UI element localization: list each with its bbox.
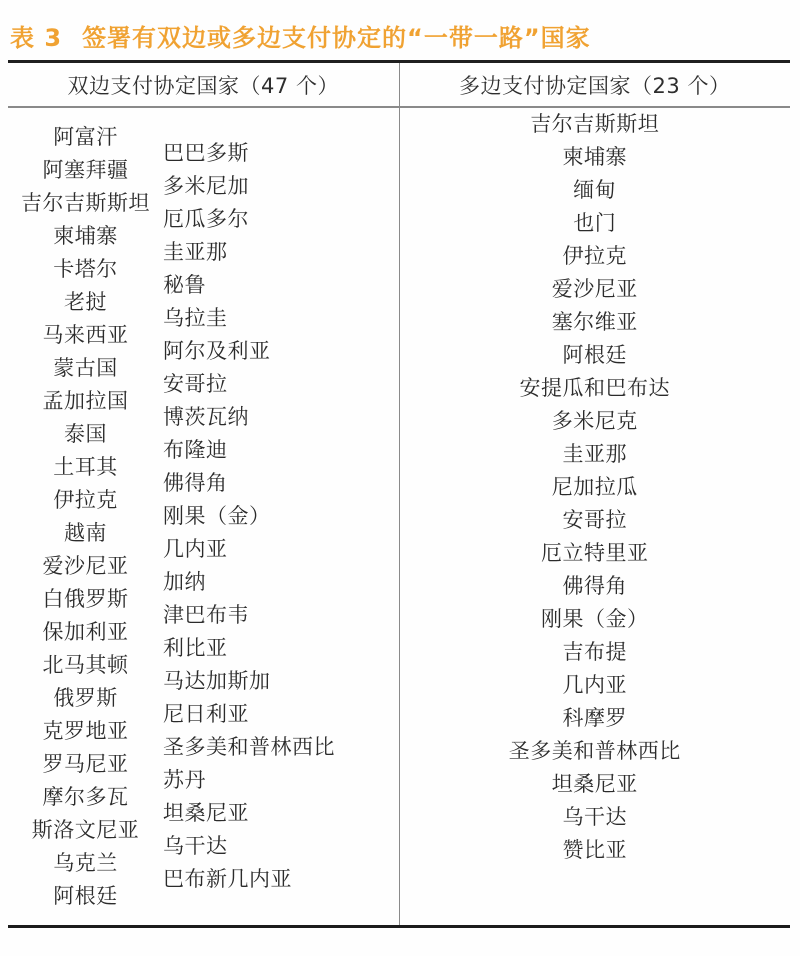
country-item: 几内亚 — [400, 669, 791, 702]
country-item: 乌拉圭 — [163, 302, 399, 335]
country-item: 尼加拉瓜 — [400, 471, 791, 504]
table-number-label: 表 3 — [10, 24, 62, 52]
country-item: 刚果（金） — [163, 500, 399, 533]
country-item: 科摩罗 — [400, 702, 791, 735]
country-item: 圭亚那 — [163, 236, 399, 269]
country-item: 赞比亚 — [400, 834, 791, 867]
country-item: 也门 — [400, 207, 791, 240]
country-item: 几内亚 — [163, 533, 399, 566]
country-item: 伊拉克 — [8, 484, 163, 517]
header-bilateral-countries: 双边支付协定国家（47 个） — [8, 63, 400, 106]
country-item: 卡塔尔 — [8, 253, 163, 286]
country-item: 加纳 — [163, 566, 399, 599]
country-item: 罗马尼亚 — [8, 748, 163, 781]
country-item: 马达加斯加 — [163, 665, 399, 698]
table-caption: 签署有双边或多边支付协定的“一带一路”国家 — [82, 24, 591, 52]
country-item: 老挝 — [8, 286, 163, 319]
country-item: 圭亚那 — [400, 438, 791, 471]
country-item: 阿根廷 — [8, 880, 163, 913]
country-item: 缅甸 — [400, 174, 791, 207]
country-item: 吉尔吉斯斯坦 — [8, 187, 163, 220]
country-item: 多米尼克 — [400, 405, 791, 438]
country-item: 马来西亚 — [8, 319, 163, 352]
country-item: 爱沙尼亚 — [400, 273, 791, 306]
country-item: 苏丹 — [163, 764, 399, 797]
country-item: 刚果（金） — [400, 603, 791, 636]
country-item: 圣多美和普林西比 — [400, 735, 791, 768]
country-item: 吉布提 — [400, 636, 791, 669]
country-item: 乌干达 — [163, 830, 399, 863]
country-item: 安提瓜和巴布达 — [400, 372, 791, 405]
table-header-row: 双边支付协定国家（47 个） 多边支付协定国家（23 个） — [8, 63, 790, 108]
country-item: 柬埔寨 — [8, 220, 163, 253]
country-item: 安哥拉 — [163, 368, 399, 401]
country-item: 乌克兰 — [8, 847, 163, 880]
country-item: 俄罗斯 — [8, 682, 163, 715]
country-item: 佛得角 — [400, 570, 791, 603]
country-item: 阿尔及利亚 — [163, 335, 399, 368]
country-item: 圣多美和普林西比 — [163, 731, 399, 764]
country-item: 越南 — [8, 517, 163, 550]
document-page: 表 3签署有双边或多边支付协定的“一带一路”国家 双边支付协定国家（47 个） … — [0, 0, 800, 956]
country-item: 尼日利亚 — [163, 698, 399, 731]
country-item: 厄立特里亚 — [400, 537, 791, 570]
country-item: 北马其顿 — [8, 649, 163, 682]
country-item: 津巴布韦 — [163, 599, 399, 632]
country-item: 阿根廷 — [400, 339, 791, 372]
country-item: 多米尼加 — [163, 170, 399, 203]
multilateral-country-list: 吉尔吉斯斯坦柬埔寨缅甸也门伊拉克爱沙尼亚塞尔维亚阿根廷安提瓜和巴布达多米尼克圭亚… — [400, 108, 791, 867]
country-item: 伊拉克 — [400, 240, 791, 273]
country-item: 安哥拉 — [400, 504, 791, 537]
country-item: 佛得角 — [163, 467, 399, 500]
country-item: 保加利亚 — [8, 616, 163, 649]
country-item: 土耳其 — [8, 451, 163, 484]
country-item: 博茨瓦纳 — [163, 401, 399, 434]
country-item: 阿富汗 — [8, 121, 163, 154]
country-item: 厄瓜多尔 — [163, 203, 399, 236]
country-item: 吉尔吉斯斯坦 — [400, 108, 791, 141]
country-item: 斯洛文尼亚 — [8, 814, 163, 847]
bilateral-country-list-2: 巴巴多斯多米尼加厄瓜多尔圭亚那秘鲁乌拉圭阿尔及利亚安哥拉博茨瓦纳布隆迪佛得角刚果… — [163, 108, 399, 925]
country-item: 利比亚 — [163, 632, 399, 665]
table-body: 阿富汗阿塞拜疆吉尔吉斯斯坦柬埔寨卡塔尔老挝马来西亚蒙古国孟加拉国泰国土耳其伊拉克… — [8, 108, 790, 925]
payment-agreements-table: 双边支付协定国家（47 个） 多边支付协定国家（23 个） 阿富汗阿塞拜疆吉尔吉… — [8, 60, 790, 928]
country-item: 巴巴多斯 — [163, 137, 399, 170]
bilateral-cell: 阿富汗阿塞拜疆吉尔吉斯斯坦柬埔寨卡塔尔老挝马来西亚蒙古国孟加拉国泰国土耳其伊拉克… — [8, 108, 400, 925]
country-item: 秘鲁 — [163, 269, 399, 302]
country-item: 阿塞拜疆 — [8, 154, 163, 187]
multilateral-cell: 吉尔吉斯斯坦柬埔寨缅甸也门伊拉克爱沙尼亚塞尔维亚阿根廷安提瓜和巴布达多米尼克圭亚… — [400, 108, 791, 925]
country-item: 塞尔维亚 — [400, 306, 791, 339]
country-item: 摩尔多瓦 — [8, 781, 163, 814]
header-multilateral-countries: 多边支付协定国家（23 个） — [400, 63, 791, 106]
country-item: 布隆迪 — [163, 434, 399, 467]
country-item: 爱沙尼亚 — [8, 550, 163, 583]
country-item: 克罗地亚 — [8, 715, 163, 748]
country-item: 巴布新几内亚 — [163, 863, 399, 896]
country-item: 乌干达 — [400, 801, 791, 834]
country-item: 泰国 — [8, 418, 163, 451]
table-title: 表 3签署有双边或多边支付协定的“一带一路”国家 — [10, 20, 591, 56]
country-item: 柬埔寨 — [400, 141, 791, 174]
country-item: 孟加拉国 — [8, 385, 163, 418]
country-item: 白俄罗斯 — [8, 583, 163, 616]
country-item: 蒙古国 — [8, 352, 163, 385]
bilateral-country-list-1: 阿富汗阿塞拜疆吉尔吉斯斯坦柬埔寨卡塔尔老挝马来西亚蒙古国孟加拉国泰国土耳其伊拉克… — [8, 108, 163, 925]
country-item: 坦桑尼亚 — [163, 797, 399, 830]
country-item: 坦桑尼亚 — [400, 768, 791, 801]
